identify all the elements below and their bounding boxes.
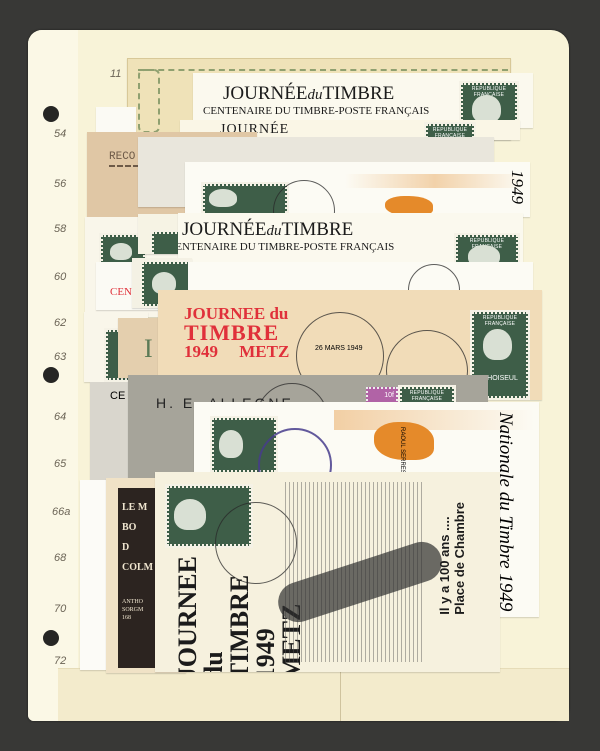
margin-number: 63: [54, 351, 66, 363]
watercolor-wash: [345, 174, 525, 188]
illustrated-card-top: 1949: [185, 162, 530, 217]
punch-hole: [43, 630, 59, 646]
margin-number: 56: [54, 178, 66, 190]
stamp-country: REPUBLIQUE FRANÇAISE: [474, 315, 526, 327]
margin-number: 58: [54, 223, 66, 235]
margin-number: 70: [54, 603, 66, 615]
illustrated-card-edge: [188, 262, 533, 292]
ornament-corner: [138, 69, 160, 133]
stamp-country: REPUBLIQUE FRANÇAISE: [402, 390, 452, 402]
margin-number: 72: [54, 655, 66, 667]
margin-number: 60: [54, 271, 66, 283]
purple-stamp-value: 10f: [384, 392, 394, 399]
journee-card-second: JOURNÉEduTIMBRE CENTENAIRE DU TIMBRE-POS…: [178, 213, 523, 265]
stamp-portrait: [110, 243, 132, 260]
album-strip: [58, 668, 569, 721]
registered-underline: [109, 165, 139, 167]
punch-hole: [43, 106, 59, 122]
stamp-portrait: [472, 95, 501, 123]
metz-line3: 1949 METZ: [184, 342, 289, 361]
margin-number: 62: [54, 317, 66, 329]
metz-maximum-card: JOURNEE du TIMBRE 1949 METZ Il y a 100 a…: [155, 472, 500, 672]
margin-number: 65: [54, 458, 66, 470]
postmark: [408, 264, 460, 292]
margin-number: 68: [54, 552, 66, 564]
card-subtitle: CENTENAIRE DU TIMBRE-POSTE FRANÇAIS: [203, 105, 429, 117]
vertical-year: 1949: [507, 170, 527, 204]
choiseul-stamp: REPUBLIQUE FRANÇAISE: [456, 235, 518, 265]
vignette-footer: ANTHOSORGM168: [122, 598, 143, 622]
stamp-portrait: [174, 499, 206, 530]
margin-number: 66a: [52, 506, 70, 518]
margin-number: 64: [54, 411, 66, 423]
card-title: JOURNÉEduTIMBRE: [182, 219, 353, 241]
green-letter: I: [144, 334, 153, 364]
stamp-portrait: [219, 430, 243, 458]
punch-hole: [43, 367, 59, 383]
strip-divider: [340, 669, 341, 721]
cover-prefix: CE: [110, 390, 125, 402]
vignette-text: LE MBODCOLM: [122, 498, 153, 578]
margin-number: 11: [110, 68, 121, 80]
stamp-portrait: [209, 189, 237, 207]
card-subtitle: CENTENAIRE DU TIMBRE-POSTE FRANÇAIS: [178, 241, 394, 253]
card-title: JOURNÉEduTIMBRE: [223, 83, 394, 105]
margin-number: 54: [54, 128, 66, 140]
stamp-portrait: [483, 329, 512, 360]
artist-signature: RAOUL SERRES: [399, 427, 405, 474]
registered-label: RECO: [109, 151, 135, 163]
metz-caption: Il y a 100 ans .... Place de Chambre: [437, 502, 467, 615]
metz-cachet: JOURNEE du TIMBRE 1949 METZ: [184, 304, 289, 361]
postmark-date: 26 MARS 1949: [315, 345, 362, 352]
metz-line2: TIMBRE: [184, 323, 289, 342]
